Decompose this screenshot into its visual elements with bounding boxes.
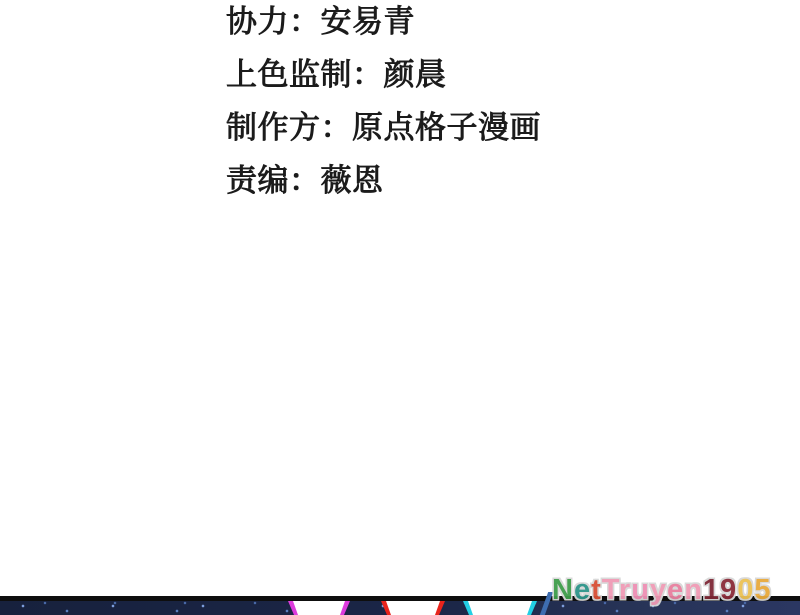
watermark-letter: T <box>602 574 619 606</box>
magenta-beam-core <box>293 601 345 615</box>
watermark-letter: 9 <box>720 574 737 606</box>
credit-line-color-supervisor: 上色监制：颜晨 <box>226 48 541 101</box>
watermark-letter: e <box>574 574 591 606</box>
red-beam-core <box>386 601 440 615</box>
cyan-beam <box>463 601 537 615</box>
watermark-text: NetTruyen1905 <box>552 574 771 606</box>
cyan-beam-core <box>468 601 532 615</box>
watermark-letter: 1 <box>703 574 720 606</box>
watermark-letter: N <box>552 574 574 606</box>
credit-line-production: 制作方：原点格子漫画 <box>226 101 541 154</box>
site-watermark: NetTruyen1905 <box>552 574 771 607</box>
watermark-letter: r <box>619 574 631 606</box>
credits-block: 协力：安易青 上色监制：颜晨 制作方：原点格子漫画 责编：薇恩 <box>226 0 541 207</box>
watermark-letter: t <box>591 574 602 606</box>
watermark-letter: u <box>631 574 650 606</box>
magenta-beam <box>288 601 350 615</box>
credit-line-cooperation: 协力：安易青 <box>226 0 541 48</box>
credit-line-editor: 责编：薇恩 <box>226 154 541 207</box>
watermark-letter: n <box>684 574 703 606</box>
watermark-letter: y <box>650 574 667 606</box>
watermark-letter: 5 <box>754 574 771 606</box>
watermark-letter: e <box>667 574 684 606</box>
watermark-letter: 0 <box>737 574 754 606</box>
red-beam <box>381 601 445 615</box>
